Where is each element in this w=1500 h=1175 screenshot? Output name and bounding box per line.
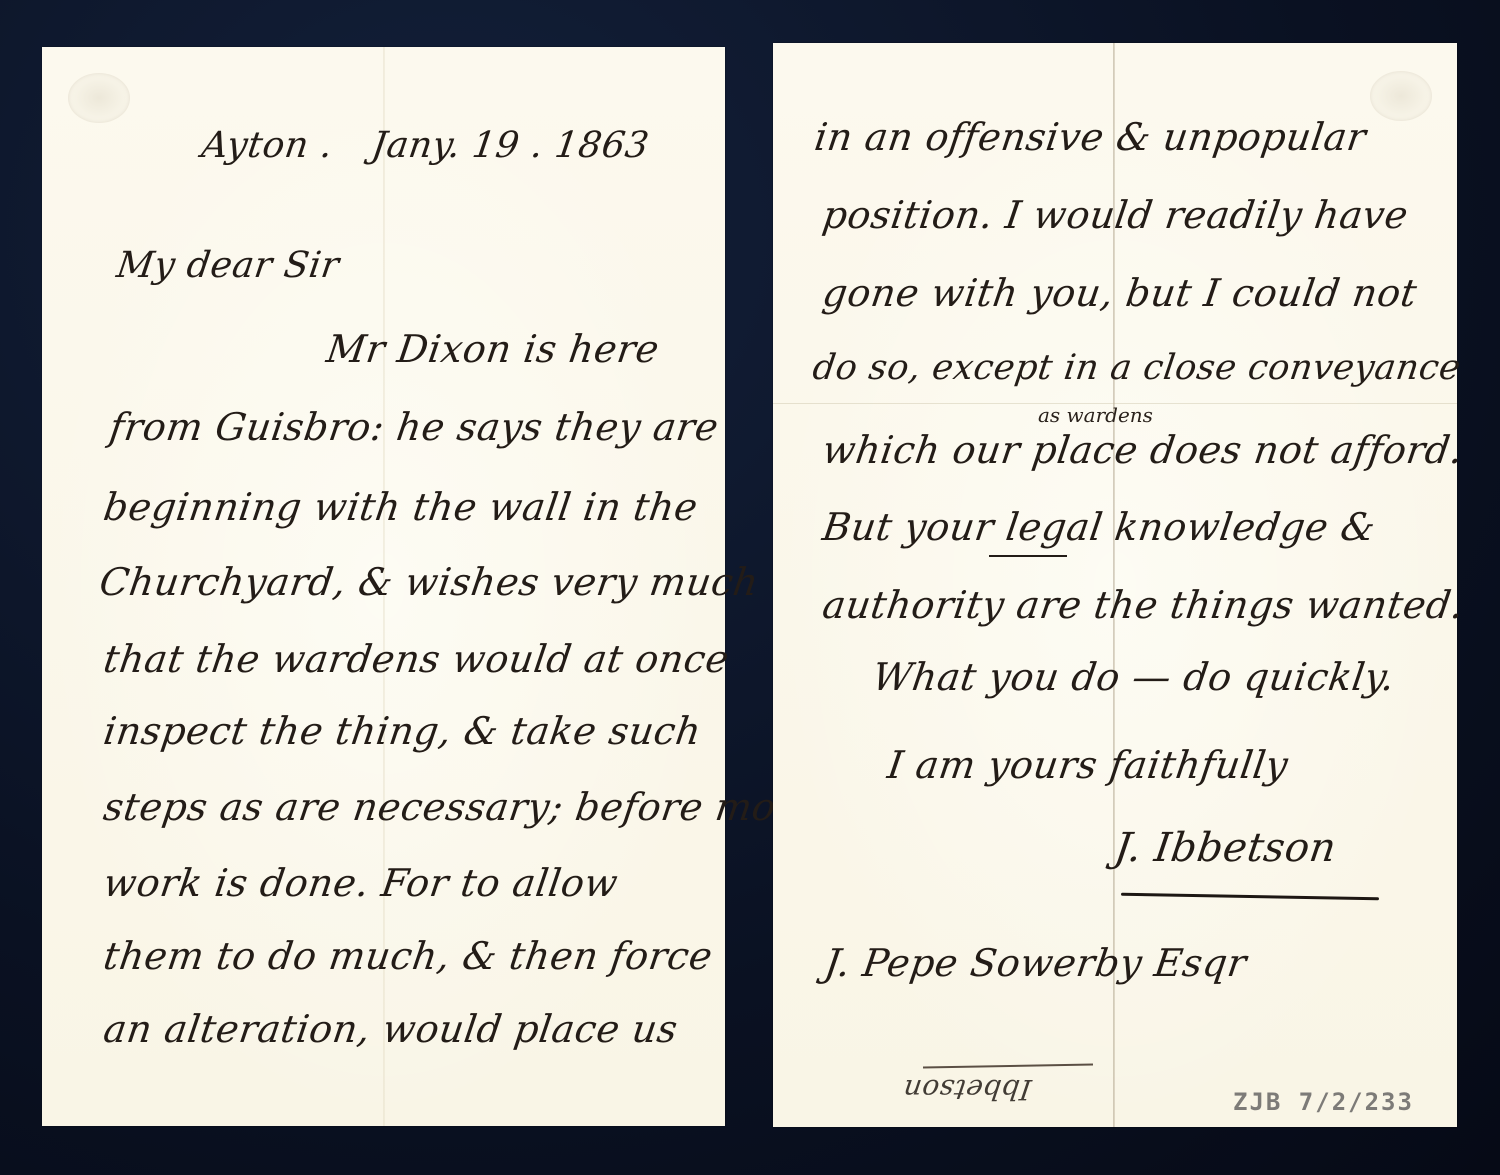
insertion-note: as wardens xyxy=(1038,403,1153,427)
embossed-stamp-icon xyxy=(68,73,130,123)
letter-line: But your legal knowledge & xyxy=(820,505,1378,549)
letter-line: an alteration, would place us xyxy=(101,1007,681,1051)
letter-line: in an offensive & unpopular xyxy=(812,115,1369,159)
endorsement-rule xyxy=(923,1064,1093,1069)
embossed-stamp-icon xyxy=(1370,71,1432,121)
letter-line: position. I would readily have xyxy=(820,193,1411,237)
letter-line: Churchyard, & wishes very much xyxy=(97,560,761,604)
letter-page-left: Ayton . Jany. 19 . 1863 My dear Sir Mr D… xyxy=(42,47,725,1126)
letter-line: work is done. For to allow xyxy=(101,861,621,905)
letter-date: Jany. 19 . 1863 xyxy=(369,125,652,166)
letter-line-text: But your legal knowledge & xyxy=(820,505,1378,549)
letter-line: that the wardens would at once xyxy=(101,637,732,681)
letter-line: steps as are necessary; before more xyxy=(101,785,820,829)
letter-line: What you do — do quickly. xyxy=(870,655,1398,699)
underline-legal xyxy=(989,555,1067,557)
letter-line: Mr Dixon is here xyxy=(324,327,662,371)
letter-line: beginning with the wall in the xyxy=(101,485,701,529)
letter-line: gone with you, but I could not xyxy=(820,271,1420,315)
letter-page-right: in an offensive & unpopular position. I … xyxy=(773,43,1457,1127)
letter-line: which our place does not afford. xyxy=(820,428,1466,472)
letter-place: Ayton . xyxy=(199,125,335,166)
letter-line: do so, except in a close conveyance xyxy=(810,348,1463,388)
letter-line: authority are the things wanted. xyxy=(820,583,1467,627)
closing: I am yours faithfully xyxy=(885,743,1291,787)
letter-line: inspect the thing, & take such xyxy=(101,709,704,753)
salutation: My dear Sir xyxy=(114,245,342,286)
signature: J. Ibbetson xyxy=(1112,825,1339,871)
archive-reference: ZJB 7/2/233 xyxy=(1233,1088,1414,1116)
letter-line: from Guisbro: he says they are xyxy=(107,405,721,449)
addressee: J. Pepe Sowerby Esqr xyxy=(822,941,1250,985)
signature-rule xyxy=(1121,893,1379,901)
endorsement-inverted: Ibbetson xyxy=(901,1073,1034,1106)
letter-line: them to do much, & then force xyxy=(101,934,716,978)
